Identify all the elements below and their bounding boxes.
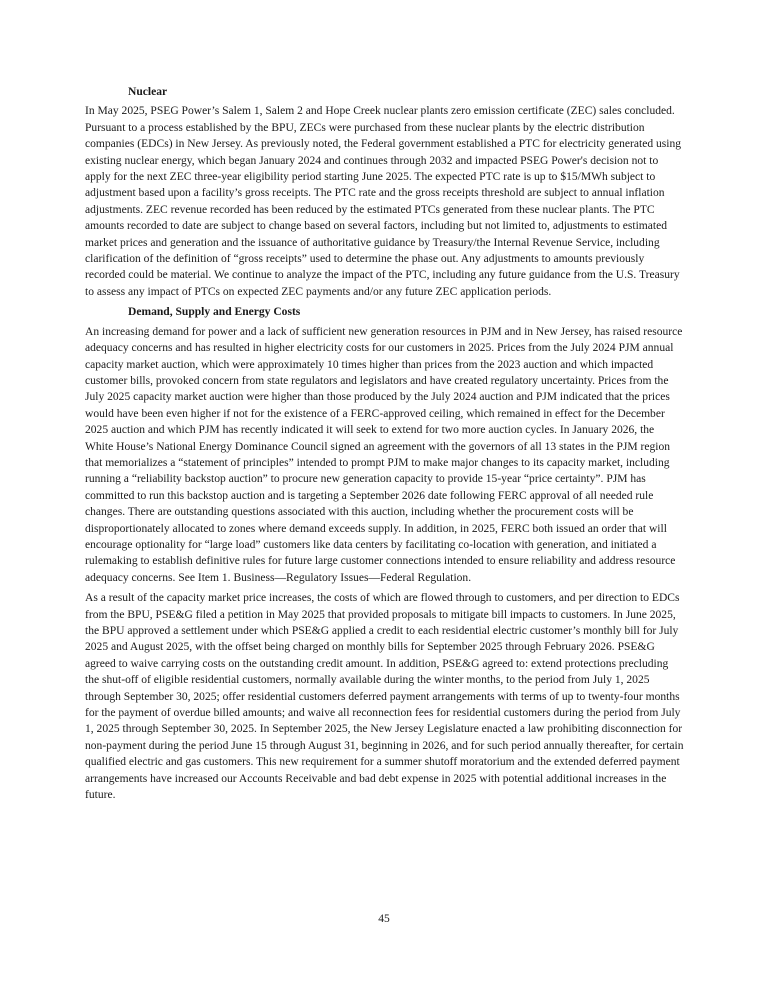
- paragraph: In May 2025, PSEG Power’s Salem 1, Salem…: [85, 103, 685, 300]
- section-demand-supply-energy-costs: Demand, Supply and Energy Costs An incre…: [85, 304, 685, 803]
- section-heading: Demand, Supply and Energy Costs: [85, 304, 685, 320]
- paragraph: An increasing demand for power and a lac…: [85, 324, 685, 587]
- document-page: Nuclear In May 2025, PSEG Power’s Salem …: [85, 84, 685, 803]
- page-number: 45: [0, 913, 768, 925]
- section-heading: Nuclear: [85, 84, 685, 100]
- paragraph: As a result of the capacity market price…: [85, 590, 685, 803]
- section-nuclear: Nuclear In May 2025, PSEG Power’s Salem …: [85, 84, 685, 300]
